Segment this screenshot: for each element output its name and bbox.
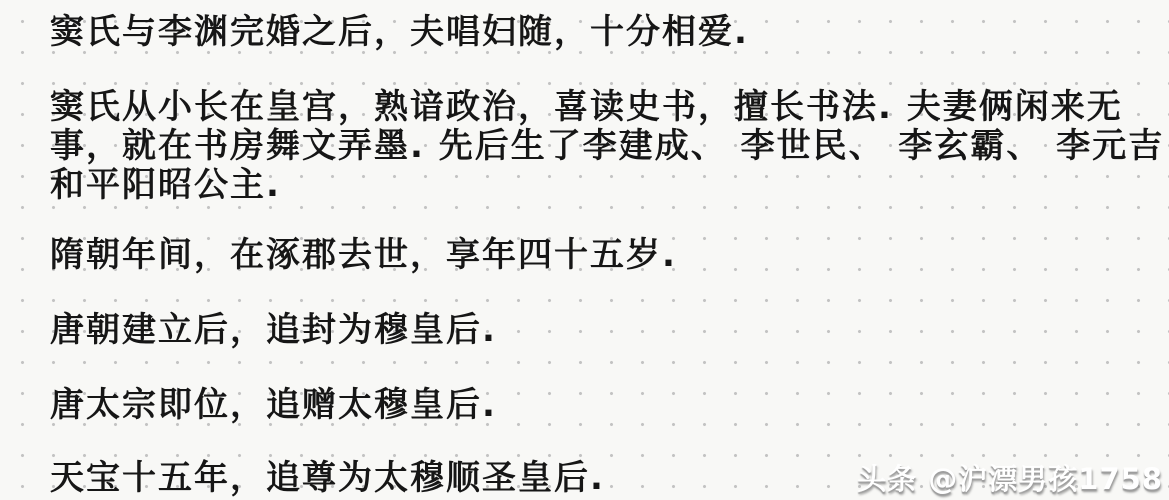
text-line: 唐太宗即位，追赠太穆皇后.: [50, 386, 1149, 425]
article-body: 窦氏与李渊完婚之后，夫唱妇随，十分相爱. 窦氏从小长在皇宫，熟谙政治，喜读史书，…: [0, 0, 1169, 500]
paragraph-taizong: 唐太宗即位，追赠太穆皇后.: [50, 386, 1149, 425]
text-line: 窦氏从小长在皇宫，熟谙政治，喜读史书，擅长书法. 夫妻俩闲来无: [50, 88, 1149, 127]
paragraph-marriage: 窦氏与李渊完婚之后，夫唱妇随，十分相爱.: [50, 13, 1149, 52]
watermark: 头条 @沪漂男孩1758: [857, 457, 1163, 498]
paragraph-death: 隋朝年间，在涿郡去世，享年四十五岁.: [50, 236, 1149, 275]
text-line: 唐朝建立后，追封为穆皇后.: [50, 311, 1149, 350]
text-line: 事，就在书房舞文弄墨. 先后生了李建成、 李世民、 李玄霸、 李元吉: [50, 127, 1149, 166]
text-line: 隋朝年间，在涿郡去世，享年四十五岁.: [50, 236, 1149, 275]
text-line: 和平阳昭公主.: [50, 166, 1149, 205]
text-line: 窦氏与李渊完婚之后，夫唱妇随，十分相爱.: [50, 13, 1149, 52]
page-background: 窦氏与李渊完婚之后，夫唱妇随，十分相爱. 窦氏从小长在皇宫，熟谙政治，喜读史书，…: [0, 0, 1169, 500]
paragraph-palace-children: 窦氏从小长在皇宫，熟谙政治，喜读史书，擅长书法. 夫妻俩闲来无 事，就在书房舞文…: [50, 88, 1149, 205]
paragraph-tang-founding: 唐朝建立后，追封为穆皇后.: [50, 311, 1149, 350]
